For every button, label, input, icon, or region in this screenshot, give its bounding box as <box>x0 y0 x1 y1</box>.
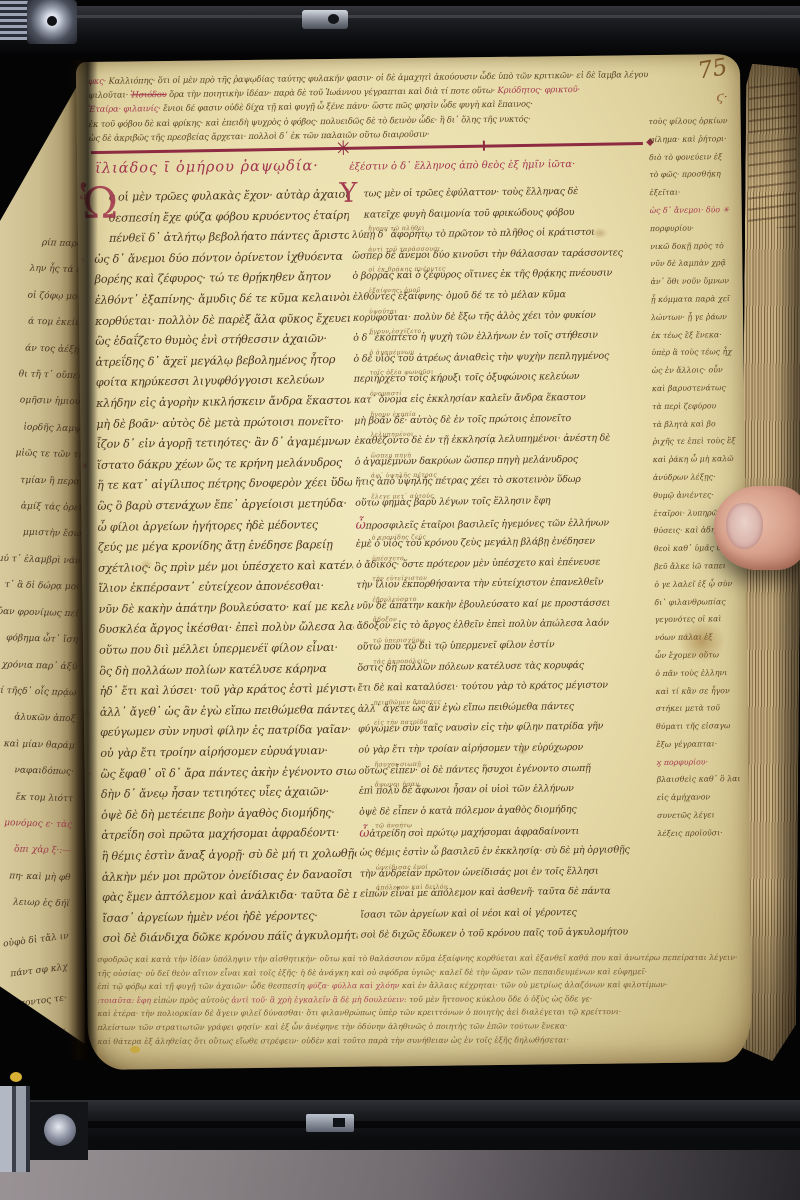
iliad-verse-line: ἴλιον ἐκπέρσαντ᾽ εὐτείχεον ἀπονέεσθαι· <box>98 576 353 600</box>
verso-line-fragment: εὔαν φρονίμως πεί <box>0 598 79 627</box>
interlinear-gloss: οἱ ἐκ θρᾴκης πνέοντες <box>368 264 446 282</box>
scholion-segment: Κριόδητος· φρικτοῦ· <box>497 84 580 95</box>
margin-scholion-line: καὶ τί κἂν σε ἦγον <box>655 681 745 700</box>
margin-scholion-line: ὡς ἐν ἄλλοις· οὖν <box>652 361 742 380</box>
verso-line-fragments: ρίπ παρόν·λην ἦς τά πωοἰ ζόφῳ μοι τά τομ… <box>0 229 91 1043</box>
yellow-marker-dot <box>130 1046 140 1053</box>
cradle-top-rail <box>0 6 800 54</box>
margin-scholion-line: λώντων· ᾗ γε ῥάων <box>651 308 741 327</box>
margin-scholion-line: καὶ βαρυστενάτως <box>652 379 742 398</box>
paraphrase-text: ἴσασι τῶν ἀργείων καὶ οἱ νέοι καὶ οἱ γέρ… <box>360 907 576 921</box>
verso-line-fragment: τί τῆςδ᾽ οἷς πρᾴω <box>0 678 77 707</box>
yellow-marker-dot <box>10 1072 22 1082</box>
margin-scholion-line: διὸ τὸ φονεύειν ἐξ <box>649 148 739 167</box>
paraphrase-column: Υτως μὲν οἱ τρῶες ἐφύλαττον· τοὺς ἕλληνα… <box>351 181 649 946</box>
interlinear-gloss: εἰς τὴν πατρίδα <box>374 717 428 735</box>
margin-scholion-line: θύματι τῆς εἰσαγω <box>656 717 746 736</box>
bottom-scholion-line: καὶ θάτερα ἐξ ἀληθείας ὅτι οὕτως εἴωθε σ… <box>97 1032 749 1048</box>
interlinear-gloss: ἤγουν ἐκοπία <box>370 408 416 426</box>
margin-scholion-line: εἰς ἀμήχανον <box>657 788 747 807</box>
verso-line-fragment: ἔκ τομ λιόττ <box>0 783 73 812</box>
verso-line-fragment: ά τομ ἐκείνω <box>1 308 88 337</box>
fore-edge-ink-marks <box>748 78 797 228</box>
verso-line-fragment: θως αμπρ φ· <box>0 1017 67 1054</box>
interlinear-gloss: τῷ ὑπερισχύρῳ <box>373 634 425 652</box>
margin-scholion-line: ἐκ τέως ἓξ ἕνεκα· <box>651 326 741 345</box>
scholion-segment: :τοιαῦτα: ἔφη <box>97 996 153 1005</box>
interlinear-gloss: ὠνείδισας ἐμοί <box>376 861 428 879</box>
asterisk-ornament: ✳ <box>335 136 352 160</box>
margin-scholion-line: ῥιχῆς τε ἐπεὶ τοὺς ἓξ <box>652 432 742 451</box>
margin-scholion-line: ὁ γε λαλεῖ ἐξ ᾧ σὺν <box>654 575 744 594</box>
scholion-segment: ψιλοῦται· <box>88 90 130 101</box>
margin-scholion-line: βλαισθεὶς καθ᾽ ὃ λαι <box>657 770 747 789</box>
iliad-verse-line: ς οἱ μὲν τρῶες φυλακὰς ἔχον· αὐτὰρ ἀχαιο… <box>93 185 348 209</box>
margin-scholion-line: ὡς δ᾽ ἄνεμοι· δύο ✳ <box>650 201 740 220</box>
table-fabric <box>0 1146 800 1200</box>
margin-scholion-line: τὰ περὶ ζεφύρου <box>652 397 742 416</box>
margin-scholion-line: ἔξω γέγραπται· <box>656 735 746 754</box>
interlinear-gloss: ἄφωνοι ἦσαν <box>375 778 420 796</box>
verso-line-fragment: ἁμίξ τάς ὀρεί <box>0 493 82 522</box>
margin-scholion-line: λέξεις προϊοῦσι· <box>657 824 747 843</box>
red-inline-initial: ὦ <box>359 825 369 840</box>
paraphrase-text: τως μὲν οἱ τρῶες ἐφύλαττον· τοὺς ἕλληνας… <box>363 186 578 200</box>
scholion-segment: Ἡσιόδου <box>130 89 166 99</box>
interlinear-gloss: τῷ ἀνοήτῳ <box>375 820 412 838</box>
margin-scholion-line: ὁ πᾶν τοὺς ἑλληνι <box>655 664 745 683</box>
verso-line-fragment: ομῆσιν ἡμιουρ <box>0 387 86 416</box>
book-title-red: ϊλιάδος ῑ ὁμήρου ῥαψῳδία· <box>95 158 319 177</box>
iliad-verse-line: πένθεϊ δ᾽ ἀτλήτῳ βεβολήατο πάντες ἄριστο… <box>94 226 349 250</box>
paraphrase-text: οὐ γὰρ ἔτι τὴν τροίαν αἱρήσομεν τὴν εὐρύ… <box>358 742 583 756</box>
interlinear-gloss: ἔλεγε μετ᾽ αὐτούς <box>371 490 434 508</box>
iliad-verse-line: ὣς ἐδαΐζετο θυμὸς ἐνὶ στήθεσσιν ἀχαιῶν· <box>95 329 350 353</box>
iliad-verse-line: οὕτω που διὶ μέλλει ὑπερμενέϊ φίλον εἶνα… <box>99 638 354 662</box>
margin-scholion-line: πορφυρίου· <box>650 219 740 238</box>
scholion-segment: ἐπὶ τῷ φόβῳ καὶ τῇ φυγῇ τῶν ἀχαιῶν· ὧδε … <box>97 982 307 992</box>
scholion-segment: τῆς οὐσίας· οὐ δεῖ θεὸν αἴτιον εἶναι καὶ… <box>97 967 647 978</box>
interlinear-gloss: ἤγουν τῷ πλήθει <box>368 222 425 240</box>
iliad-verse-line: κλήδην εἰς ἀγορὴν κικλήσκειν ἄνδρα ἕκαστ… <box>96 391 351 415</box>
verso-line-fragment: μονόμος ε· τὰς <box>0 809 72 838</box>
red-margin-mark: ⁘ <box>87 770 93 778</box>
top-scholia-block: φκς· Καλλιόπης· ὅτι οἱ μὲν πρὸ τῆς ῥαψῳδ… <box>88 67 649 145</box>
interlinear-gloss: ὀνομαστί <box>370 387 402 405</box>
paraphrase-text: ὡς θέμις ἐστὶν ὦ βασιλεῦ ἐν ἐκκλησίᾳ· σὺ… <box>359 844 629 858</box>
margin-scholion-line: ἀνύδρων λέξῃς· <box>653 468 743 487</box>
verso-line-fragment: μύ τ᾽ ἐλαμβρὶ νάν <box>0 546 81 575</box>
scholion-segment: καὶ θάτερα ἐξ ἀληθείας ὅτι οὕτως εἴωθε σ… <box>97 1035 569 1046</box>
margin-scholion-line: συνετῶς λέγει <box>657 806 747 825</box>
rule-tick-ornament <box>483 141 486 151</box>
iliad-verse-line: ἠδ᾽ ἔτι καὶ λύσει· τοῦ γὰρ κράτος ἐστὶ μ… <box>99 679 354 703</box>
verso-line-fragment: τ᾽ ἃ δἰ δώρᾳ μοι <box>0 572 80 601</box>
verso-line-fragment: ἁλυκῶν ἀποξ <box>0 704 76 733</box>
iliad-verse-line: δὴν δ᾽ ἄνεῳ ἦσαν τετιηότες υἷες ἀχαιῶν· <box>101 782 356 806</box>
iliad-text-column: Ὡς οἱ μὲν τρῶες φυλακὰς ἔχον· αὐτὰρ ἀχαι… <box>93 185 357 950</box>
interlinear-gloss: ὁ ἀγαμέμνων <box>369 346 414 364</box>
scholion-segment: καὶ ἑτέρα· τὴν πολιορκίαν δὲ ἄγειν φιλεῖ… <box>97 1008 621 1019</box>
interlinear-gloss: τὰς ἀκροπόλεις <box>373 655 427 673</box>
interlinear-gloss: ἀντὶ τοῦ ταράσσουσι <box>368 243 441 261</box>
margin-scholion-line: δι᾽ φιλανθρωπίας <box>654 592 744 611</box>
verso-page-edge: ρίπ παρόν·λην ἦς τά πωοἰ ζόφῳ μοι τά τομ… <box>0 62 85 1056</box>
scholion-segment: φκς· <box>88 76 106 86</box>
verso-line-fragment: ὅπι χἀρ ξ·:— <box>0 836 72 865</box>
manuscript-photo-stage: ρίπ παρόν·λην ἦς τά πωοἰ ζόφῳ μοι τά τομ… <box>0 0 800 1200</box>
verso-line-fragment: ἱορδῆς λαμψί <box>0 414 85 443</box>
iliad-verse-line: ἣ θέμις ἐστὶν ἄναξ ἀγορῇ· σὺ δὲ μή τι χο… <box>101 844 356 868</box>
margin-scholion-line: ὑπὲρ ἃ τοὺς τέως ἦχ <box>651 343 741 362</box>
verso-line-fragment: λην ἦς τά πω <box>3 255 90 284</box>
margin-scholion-line: τὰ βλητὰ καὶ βο <box>652 415 742 434</box>
interlinear-gloss: ἤγουν ἐσχίζετο <box>369 325 422 343</box>
verso-line-fragment: λειωρ ἐς δήϊ <box>0 889 70 918</box>
interlinear-gloss: ὁ κρονίδης ζεύς <box>372 531 427 549</box>
scholion-segment: ἀντὶ τοῦ· ἃ χρὴ ἐγκαλεῖν ἃ δὲ μὴ δουλεύε… <box>231 995 409 1005</box>
cradle-top-clip <box>302 10 348 29</box>
verso-line-fragment: τμίαν ἢ περαί <box>0 466 83 495</box>
margin-scholion-line: στήκει μετὰ τοῦ <box>656 699 746 718</box>
paraphrase-text: προσφιλεῖς ἑταῖροι βασιλεῖς ἡγεμόνες τῶν… <box>365 517 608 531</box>
paraphrase-title-red: ἐξέστιν ὁ δ᾽ ἕλληνος ἀπὸ θεὸς ἑξ ἡμῖν ἰῶ… <box>349 158 641 173</box>
iliad-verse-line: σοὶ δὲ διάνδιχα δῶκε κρόνου πάϊς ἀγκυλομ… <box>102 926 357 950</box>
cradle-bottom-hinge <box>0 1086 100 1172</box>
iliad-verse-line: οὐ γὰρ ἔτι τροίην αἱρήσομεν εὐρυάγυιαν· <box>100 741 355 765</box>
interlinear-gloss: ἀφ᾽ ὑψηλῆς πέτρας <box>371 469 437 487</box>
fingernail <box>726 503 763 549</box>
cradle-top-hinge <box>27 0 77 44</box>
iliad-verse-line: ζεύς με μέγα κρονίδης ἄτῃ ἐνέδησε βαρείῃ <box>98 535 353 559</box>
margin-scholion-line: ᾗ κόμματα παρὰ χεῖ <box>651 290 741 309</box>
margin-scholion-line: νικῶ δοκῇ πρὸς τὸ <box>650 237 740 256</box>
interlinear-gloss: ὑψοῦται <box>369 305 397 323</box>
scholion-segment: Ἑταίρα· φιλαινίς· <box>88 103 160 114</box>
interlinear-gloss: πεισθῶμεν ἅπαντες <box>374 696 442 714</box>
verso-line-fragment: οἰ ζόφῳ μοι τ <box>2 282 89 311</box>
fingertip <box>714 486 800 570</box>
iliad-verse-line: ὣς ὃ βαρὺ στενάχων ἔπε᾽ ἀργείοισι μετηύδ… <box>97 494 352 518</box>
scholion-segment: φύζα· φύλλα καὶ χλόην <box>307 981 402 990</box>
cradle-bottom-rail <box>0 1100 800 1150</box>
interlinear-gloss: ἀπόλεμον καὶ δειλόν <box>376 881 448 899</box>
margin-scholion-line: ἀν᾽ ὅθι νοῦν ὕμνων <box>650 272 740 291</box>
verso-line-fragment: θι τἤ τ᾽ οὔπεις <box>0 361 87 390</box>
margin-scholion-line: φίλημα· καὶ ῥήτορι· <box>649 130 739 149</box>
verso-line-fragment: μμιστὴν ἔσω <box>0 519 82 548</box>
verso-line-fragment: καὶ μίαν θαράμ <box>0 730 75 759</box>
interlinear-gloss: ἐβουλεύσατο <box>372 593 416 611</box>
verso-line-fragment: πη· καὶ μὴ φθ <box>0 862 71 891</box>
bottom-scholia-block: σφοδρῶς καὶ κατὰ τὴν ἰδίαν ὑπόληψιν τὴν … <box>97 951 749 1048</box>
red-inline-initial: ὦ <box>355 516 365 531</box>
scholion-segment: πλείστων τῶν στρατιωτῶν γράφει φησίν· κα… <box>97 1021 567 1032</box>
margin-scholion-line: τὸ φῶς· προσθήκη <box>649 165 739 184</box>
paraphrase-line: σοὶ δὲ διχῶς ἔδωκεν ὁ τοῦ κρόνου παῖς το… <box>360 923 649 947</box>
red-margin-mark: ·; <box>80 255 84 263</box>
paraphrase-text: ὀψὲ δὲ εἶπεν ὁ κατὰ πόλεμον ἀγαθὸς διομή… <box>359 804 577 818</box>
margin-scholion-line: ϗ πορφυρίου· <box>656 753 746 772</box>
interlinear-gloss: τοῖς ὀξέα φωνοῦσι <box>370 367 434 385</box>
scholion-segment: τοῦ μὲν ἥττονος κύκλου ὅδε ὁ ὀξὺς ὡς ὅδε… <box>409 994 592 1004</box>
interlinear-gloss: ἄδοξον <box>373 614 398 632</box>
margin-scholion-line: ὧν ἔχομεν οὕτω <box>655 646 745 665</box>
margin-scholion-line: νόων πάλαι ἐξ <box>655 628 745 647</box>
folio-number: 75 <box>696 54 729 85</box>
interlinear-gloss: ἐξαίφνης· ὁμοῦ <box>369 284 421 302</box>
red-margin-mark: ∴ <box>86 708 90 716</box>
margin-scholia-column: τοὺς φίλους ὁρκίωνφίλημα· καὶ ῥήτορι·διὸ… <box>649 112 748 843</box>
quire-mark: ϛ· <box>716 90 728 105</box>
scholion-segment: σφοδρῶς καὶ κατὰ τὴν ἰδίαν ὑπόληψιν τὴν … <box>97 953 737 964</box>
iliad-verse-line: φὰς ἔμεν ἀπτόλεμον καὶ ἀνάλκιδα· ταῦτα δ… <box>102 885 357 909</box>
red-margin-mark: κβ <box>79 193 87 201</box>
interlinear-gloss: ἥσυχοι σιωπῇ <box>374 758 421 776</box>
scholion-segment: ὡς δὲ ἀκριβῶς τῆς πρεσβείας ἄρχεται· πολ… <box>89 129 430 143</box>
margin-scholion-line: γεγονότες οἱ καὶ <box>655 610 745 629</box>
interlinear-gloss: τὴν εὐτείχιστον <box>372 572 427 590</box>
verso-line-fragment: ναφαιδόπως· <box>0 757 74 786</box>
interlinear-gloss: ὑπέσχετο <box>372 552 404 570</box>
cradle-bottom-clip <box>306 1114 354 1132</box>
recto-page[interactable]: φκς· Καλλιόπης· ὅτι οἱ μὲν πρὸ τῆς ῥαψῳδ… <box>76 54 752 1070</box>
scholion-segment: εἰπὼν πρὸς αὐτοὺς <box>154 995 232 1004</box>
iliad-verse-line: ἐλθόντ᾽ ἐξαπίνης· ἄμυδις δέ τε κῦμα κελα… <box>95 288 350 312</box>
verso-line-fragment: μἰῶς τε τῶν τἤ <box>0 440 84 469</box>
iliad-verse-line: ἷζον δ᾽ εἰν ἀγορῇ τετιηότες· ἂν δ᾽ ἀγαμέ… <box>96 432 351 456</box>
verso-line-fragment: ἢ χρόνια παρ᾽ ἀξύ <box>0 651 77 680</box>
margin-scholion-line: νῦν δὲ λαμπὰν χρᾷ <box>650 254 740 273</box>
verso-line-fragment: άν τος ἀέξῃ ς <box>1 334 88 363</box>
scholion-segment: καὶ ἐν ἄλλαις κέχρηται· τῶν οὐ μετρίως ἀ… <box>402 980 668 990</box>
verso-line-fragment: φόβημα ὦτ᾽ ἴση <box>0 625 78 654</box>
interlinear-gloss: ὥσπερ πηγή <box>371 449 412 467</box>
paraphrase-text: κατεῖχε φυγὴ δαιμονία τοῦ φρικώδους φόβο… <box>364 207 575 221</box>
paraphrase-text: σοὶ δὲ διχῶς ἔδωκεν ὁ τοῦ κρόνου παῖς το… <box>360 927 628 941</box>
interlinear-gloss: λελυπημένοι <box>370 428 414 446</box>
margin-scholion-line: τοὺς φίλους ὁρκίων <box>649 112 739 131</box>
paraphrase-text: ἔτι δὲ καὶ καταλύσει· τούτου γὰρ τὸ κράτ… <box>357 680 607 694</box>
red-margin-mark: ϗ <box>83 461 87 469</box>
margin-scholion-line: ἐξεῖται· <box>649 183 739 202</box>
drop-cap-initial: Ὡ <box>80 183 118 226</box>
cradle-grid-bracket <box>0 0 30 40</box>
margin-scholion-line: καὶ ῥάκη ὦ μὴ καλῶ <box>653 450 743 469</box>
